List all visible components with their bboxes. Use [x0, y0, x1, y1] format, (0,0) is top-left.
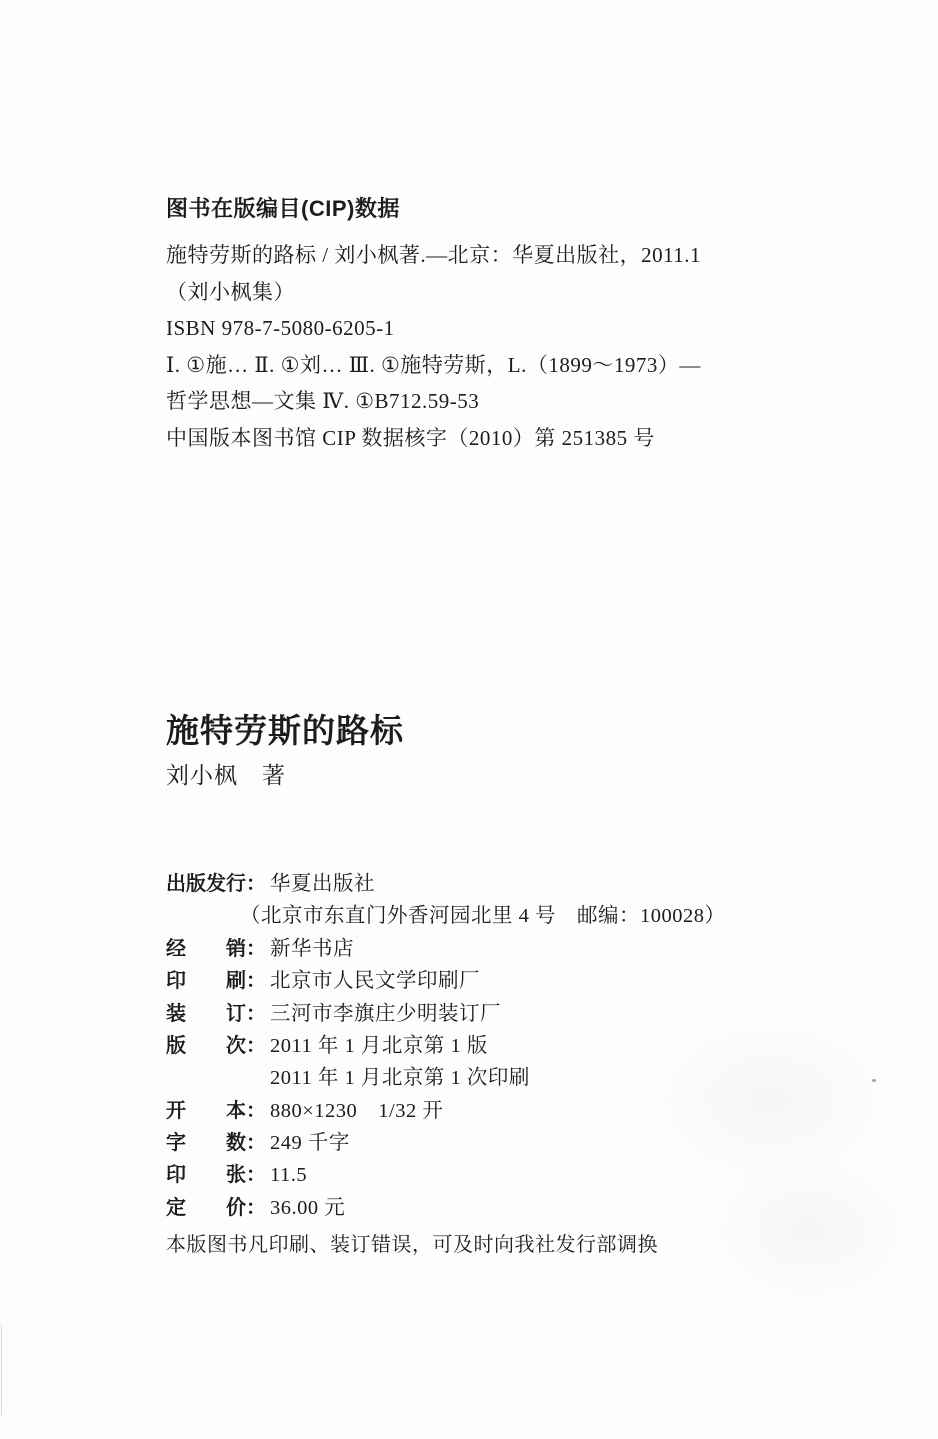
colophon-colon: ： [246, 1094, 270, 1123]
colophon-row-price: 定价：36.00 元 [166, 1190, 886, 1222]
colophon-block: 出版发行：华夏出版社 （北京市东直门外香河园北里 4 号 邮编：100028） … [166, 866, 886, 1257]
colophon-colon: ： [246, 867, 270, 896]
colophon-row-printing: 2011 年 1 月北京第 1 次印刷 [166, 1060, 886, 1092]
colophon-value: 新华书店 [270, 931, 354, 961]
colophon-label: 印张 [166, 1158, 246, 1187]
colophon-colon: ： [246, 964, 270, 993]
colophon-value: 2011 年 1 月北京第 1 次印刷 [270, 1060, 530, 1090]
colophon-row-word-count: 字数：249 千字 [166, 1125, 886, 1157]
colophon-colon: ： [246, 1191, 270, 1220]
colophon-row-edition: 版次：2011 年 1 月北京第 1 版 [166, 1028, 886, 1060]
colophon-value: 北京市人民文学印刷厂 [270, 963, 480, 993]
colophon-row-format: 开本：880×1230 1/32 开 [166, 1093, 886, 1125]
colophon-row-sheets: 印张：11.5 [166, 1158, 886, 1190]
colophon-label: 出版发行 [166, 867, 246, 896]
book-title: 施特劳斯的路标 [166, 712, 404, 750]
title-block: 施特劳斯的路标 刘小枫 著 [166, 712, 404, 790]
cip-line-record-number: 中国版本图书馆 CIP 数据核字（2010）第 251385 号 [166, 420, 856, 457]
colophon-label: 经销 [166, 932, 246, 961]
colophon-row-publisher: 出版发行：华夏出版社 [166, 866, 886, 898]
colophon-value: 2011 年 1 月北京第 1 版 [270, 1028, 488, 1058]
colophon-label: 字数 [166, 1126, 246, 1155]
cip-line-isbn: ISBN 978-7-5080-6205-1 [166, 310, 856, 347]
colophon-colon: ： [246, 1126, 270, 1155]
colophon-row-publisher-address: （北京市东直门外香河园北里 4 号 邮编：100028） [166, 898, 886, 930]
colophon-colon: ： [246, 932, 270, 961]
colophon-value: 36.00 元 [270, 1190, 345, 1220]
cip-line-title-statement: 施特劳斯的路标 / 刘小枫著.—北京：华夏出版社，2011.1 [166, 237, 856, 274]
colophon-label: 开本 [166, 1094, 246, 1123]
colophon-label: 装订 [166, 997, 246, 1026]
colophon-value: 880×1230 1/32 开 [270, 1093, 443, 1123]
cip-block: 图书在版编目(CIP)数据 施特劳斯的路标 / 刘小枫著.—北京：华夏出版社，2… [166, 195, 856, 456]
cip-line-classification-2: 哲学思想—文集 Ⅳ. ①B712.59-53 [166, 383, 856, 420]
defect-exchange-notice: 本版图书凡印刷、装订错误，可及时向我社发行部调换 [166, 1228, 886, 1257]
book-copyright-page: 图书在版编目(CIP)数据 施特劳斯的路标 / 刘小枫著.—北京：华夏出版社，2… [0, 0, 938, 1439]
colophon-row-printer: 印刷：北京市人民文学印刷厂 [166, 963, 886, 995]
scan-edge-line [1, 1325, 2, 1415]
colophon-label: 定价 [166, 1191, 246, 1220]
colophon-row-binder: 装订：三河市李旗庄少明装订厂 [166, 996, 886, 1028]
colophon-colon: ： [246, 1029, 270, 1058]
colophon-label: 印刷 [166, 964, 246, 993]
colophon-colon: ： [246, 1158, 270, 1187]
cip-header: 图书在版编目(CIP)数据 [166, 195, 856, 223]
book-author: 刘小枫 著 [166, 762, 404, 790]
cip-line-series: （刘小枫集） [166, 274, 856, 311]
colophon-value: （北京市东直门外香河园北里 4 号 邮编：100028） [240, 898, 726, 928]
cip-line-classification-1: Ⅰ. ①施… Ⅱ. ①刘… Ⅲ. ①施特劳斯，L.（1899～1973）— [166, 347, 856, 384]
colophon-value: 249 千字 [270, 1125, 350, 1155]
colophon-value: 三河市李旗庄少明装订厂 [270, 996, 501, 1026]
colophon-row-distributor: 经销：新华书店 [166, 931, 886, 963]
colophon-value: 11.5 [270, 1164, 307, 1187]
colophon-colon: ： [246, 997, 270, 1026]
colophon-value: 华夏出版社 [270, 866, 375, 896]
colophon-label: 版次 [166, 1029, 246, 1058]
